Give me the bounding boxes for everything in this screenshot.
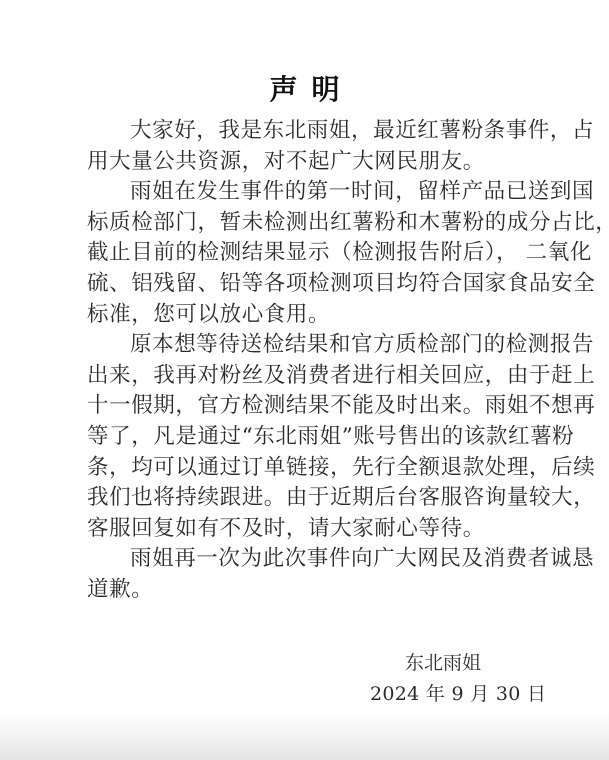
bottom-fade	[0, 710, 609, 760]
text-line: 道歉。	[87, 575, 523, 606]
paragraph-refund-policy: 原本想等待送检结果和官方质检部门的检测报告 出来，我再对粉丝及消费者进行相关回应…	[87, 330, 523, 544]
statement-date: 2024 年 9 月 30 日	[370, 679, 546, 706]
text-line: 雨姐在发生事件的第一时间，留样产品已送到国	[87, 177, 523, 208]
document-title: 声明	[0, 68, 609, 108]
text-line: 用大量公共资源，对不起广大网民朋友。	[87, 147, 523, 178]
paragraph-closing-apology: 雨姐再一次为此次事件向广大网民及消费者诚恳 道歉。	[87, 544, 523, 605]
text-line: 我们也将持续跟进。由于近期后台客服咨询量较大，	[87, 483, 523, 514]
text-line: 等了，凡是通过“东北雨姐”账号售出的该款红薯粉	[87, 422, 523, 453]
text-line: 条，均可以通过订单链接，先行全额退款处理，后续	[87, 453, 523, 484]
document-body: 大家好，我是东北雨姐，最近红薯粉条事件，占 用大量公共资源，对不起广大网民朋友。…	[87, 116, 523, 606]
signature: 东北雨姐	[405, 648, 481, 675]
paragraph-test-results: 雨姐在发生事件的第一时间，留样产品已送到国 标质检部门，暂未检测出红薯粉和木薯粉…	[87, 177, 523, 330]
paragraph-apology-intro: 大家好，我是东北雨姐，最近红薯粉条事件，占 用大量公共资源，对不起广大网民朋友。	[87, 116, 523, 177]
text-line: 原本想等待送检结果和官方质检部门的检测报告	[87, 330, 523, 361]
text-line: 雨姐再一次为此次事件向广大网民及消费者诚恳	[87, 544, 523, 575]
text-line: 大家好，我是东北雨姐，最近红薯粉条事件，占	[87, 116, 523, 147]
text-line: 十一假期，官方检测结果不能及时出来。雨姐不想再	[87, 391, 523, 422]
text-line: 标准，您可以放心食用。	[87, 300, 523, 331]
statement-document: 声明 大家好，我是东北雨姐，最近红薯粉条事件，占 用大量公共资源，对不起广大网民…	[0, 0, 609, 760]
text-line: 客服回复如有不及时，请大家耐心等待。	[87, 514, 523, 545]
text-line: 截止目前的检测结果显示（检测报告附后）， 二氧化	[87, 238, 523, 269]
text-line: 出来，我再对粉丝及消费者进行相关回应，由于赶上	[87, 361, 523, 392]
text-line: 标质检部门，暂未检测出红薯粉和木薯粉的成分占比，	[87, 208, 523, 239]
text-line: 硫、铝残留、铅等各项检测项目均符合国家食品安全	[87, 269, 523, 300]
